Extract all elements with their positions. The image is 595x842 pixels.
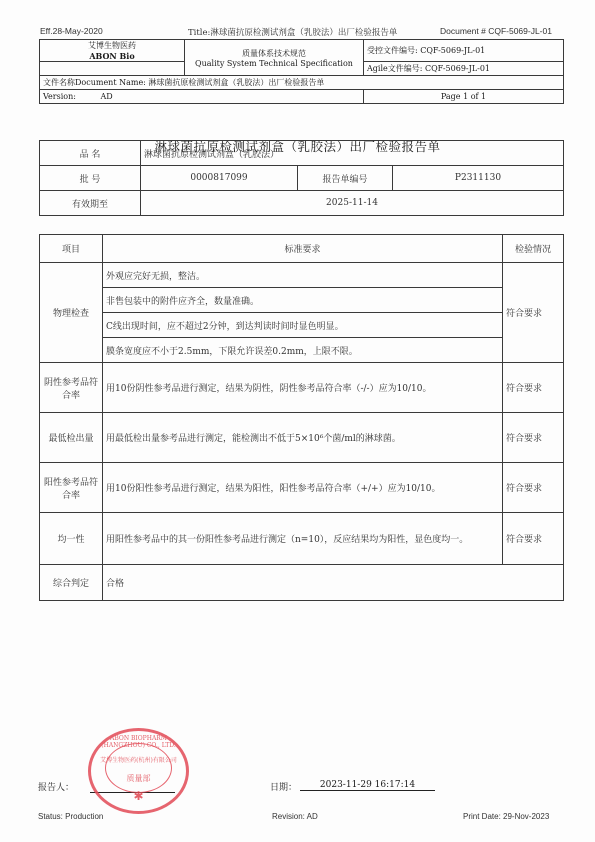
system-cell: 质量体系技术规范 Quality System Technical Specif… bbox=[185, 40, 364, 76]
header-title: Title:淋球菌抗原检测试剂盒（乳胶法）出厂检验报告单 bbox=[188, 26, 397, 38]
product-name-label: 品 名 bbox=[40, 141, 141, 166]
batch-label: 批 号 bbox=[40, 166, 141, 191]
version-label: Version: bbox=[43, 92, 76, 101]
company-cell: 艾博生物医药 ABON Bio bbox=[40, 40, 185, 62]
row-result: 符合要求 bbox=[503, 413, 564, 463]
inspection-table: 项目 标准要求 检验情况 物理检查 外观应完好无损，整洁。 符合要求 非售包装中… bbox=[39, 234, 564, 601]
company-en: ABON Bio bbox=[43, 51, 181, 61]
agile-file-number: Agile文件编号: CQF-5069-JL-01 bbox=[364, 62, 564, 76]
product-name-value: 淋球菌抗原检测试剂盒（乳胶法） bbox=[141, 141, 564, 166]
table-row: 均一性 用阳性参考品中的其一份阳性参考品进行测定（n=10），反应结果均为阳性，… bbox=[40, 513, 564, 565]
col-header-requirement: 标准要求 bbox=[103, 235, 503, 263]
stamp-middle-text: 艾博生物医药(杭州)有限公司 bbox=[91, 755, 186, 764]
row-item: 均一性 bbox=[40, 513, 103, 565]
batch-value: 0000817099 bbox=[141, 166, 298, 191]
physical-requirement: 膜条宽度应不小于2.5mm，下限允许误差0.2mm，上限不限。 bbox=[103, 338, 503, 363]
version-cell: Version: AD bbox=[40, 90, 364, 104]
conclusion-label: 综合判定 bbox=[40, 565, 103, 601]
document-name: 文件名称Document Name: 淋球菌抗原检测试剂盒（乳胶法）出厂检验报告… bbox=[40, 76, 564, 90]
date-value: 2023-11-29 16:17:14 bbox=[300, 780, 435, 791]
product-info-table: 品 名 淋球菌抗原检测试剂盒（乳胶法） 批 号 0000817099 报告单编号… bbox=[39, 140, 564, 216]
row-item: 阴性参考品符合率 bbox=[40, 363, 103, 413]
stamp-star-icon: ✱ bbox=[91, 789, 186, 803]
col-header-item: 项目 bbox=[40, 235, 103, 263]
spacer bbox=[40, 62, 185, 76]
page-indicator: Page 1 of 1 bbox=[364, 90, 564, 104]
print-date-text: Print Date: 29-Nov-2023 bbox=[463, 812, 549, 821]
physical-requirement: C线出现时间，应不超过2分钟，到达判读时间时显色明显。 bbox=[103, 313, 503, 338]
physical-requirement: 非售包装中的附件应齐全，数量准确。 bbox=[103, 288, 503, 313]
company-seal-stamp: ABON BIOPHARM (HANGZHOU) CO., LTD. 艾博生物医… bbox=[88, 728, 189, 814]
table-row: 阳性参考品符合率 用10份阳性参考品进行测定，结果为阳性，阳性参考品符合率（+/… bbox=[40, 463, 564, 513]
table-row: 阴性参考品符合率 用10份阴性参考品进行测定，结果为阴性，阴性参考品符合率（-/… bbox=[40, 363, 564, 413]
row-requirement: 用阳性参考品中的其一份阳性参考品进行测定（n=10），反应结果均为阳性，显色度均… bbox=[103, 513, 503, 565]
physical-requirement: 外观应完好无损，整洁。 bbox=[103, 263, 503, 288]
conclusion-value: 合格 bbox=[103, 565, 564, 601]
expiry-value: 2025-11-14 bbox=[141, 191, 564, 216]
row-requirement: 用10份阳性参考品进行测定，结果为阳性，阳性参考品符合率（+/+）应为10/10… bbox=[103, 463, 503, 513]
reporter-label: 报告人： bbox=[38, 780, 74, 793]
row-item: 阳性参考品符合率 bbox=[40, 463, 103, 513]
report-number-label: 报告单编号 bbox=[298, 166, 393, 191]
document-control-table: 艾博生物医药 ABON Bio 质量体系技术规范 Quality System … bbox=[39, 39, 564, 104]
col-header-result: 检验情况 bbox=[503, 235, 564, 263]
physical-result: 符合要求 bbox=[503, 263, 564, 363]
row-result: 符合要求 bbox=[503, 463, 564, 513]
system-cn: 质量体系技术规范 bbox=[188, 48, 360, 59]
version-value: AD bbox=[100, 92, 112, 101]
physical-check-item: 物理检查 bbox=[40, 263, 103, 363]
company-cn: 艾博生物医药 bbox=[43, 40, 181, 51]
row-result: 符合要求 bbox=[503, 363, 564, 413]
report-number-value: P2311130 bbox=[393, 166, 564, 191]
row-requirement: 用最低检出量参考品进行测定，能检测出不低于5×10⁶个菌/ml的淋球菌。 bbox=[103, 413, 503, 463]
expiry-label: 有效期至 bbox=[40, 191, 141, 216]
row-requirement: 用10份阴性参考品进行测定，结果为阴性，阴性参考品符合率（-/-）应为10/10… bbox=[103, 363, 503, 413]
stamp-bottom-text: 质量部 bbox=[91, 773, 186, 784]
stamp-top-text: ABON BIOPHARM (HANGZHOU) CO., LTD. bbox=[91, 735, 186, 749]
date-label: 日期： bbox=[270, 780, 297, 793]
row-result: 符合要求 bbox=[503, 513, 564, 565]
revision-text: Revision: AD bbox=[272, 812, 318, 821]
row-item: 最低检出量 bbox=[40, 413, 103, 463]
table-row: 最低检出量 用最低检出量参考品进行测定，能检测出不低于5×10⁶个菌/ml的淋球… bbox=[40, 413, 564, 463]
effective-date: Eff.28-May-2020 bbox=[40, 26, 103, 36]
document-number: Document # CQF-5069-JL-01 bbox=[440, 26, 552, 36]
system-en: Quality System Technical Specification bbox=[188, 59, 360, 68]
status-text: Status: Production bbox=[38, 812, 103, 821]
controlled-file-number: 受控文件编号: CQF-5069-JL-01 bbox=[364, 40, 564, 62]
stamp-inner-ring bbox=[105, 743, 172, 793]
